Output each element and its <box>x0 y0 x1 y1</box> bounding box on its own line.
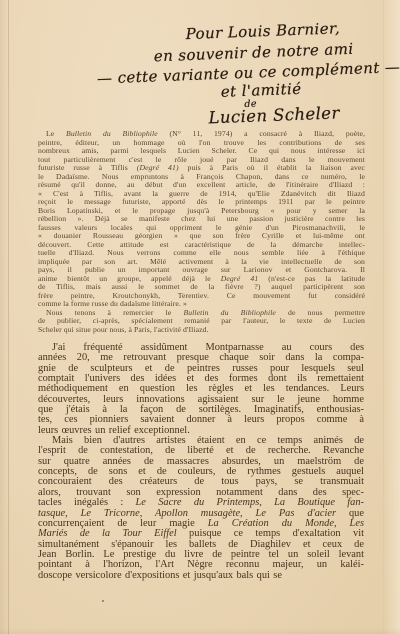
paper-speck <box>102 600 104 602</box>
handwritten-inscription: Pour Louis Barnier, en souvenir de notre… <box>93 16 392 131</box>
page-bottom-shade <box>0 628 400 634</box>
text-line: doscope versicolore d'expositions et jus… <box>38 571 364 581</box>
body-text: J'ai fréquenté assidûment Montparnasse a… <box>38 343 364 581</box>
paragraph: J'ai fréquenté assidûment Montparnasse a… <box>38 343 364 436</box>
page-left-shadow <box>0 0 8 634</box>
paragraph: Mais bien d'autres artistes étaient en c… <box>38 436 364 581</box>
scanned-page: Pour Louis Barnier, en souvenir de notre… <box>0 0 400 634</box>
page-left-crease <box>8 0 9 634</box>
paragraph: Nous tenons à remercier le Bulletin du B… <box>38 309 365 335</box>
paragraph: Le Bulletin du Bibliophile (N° 11, 1974)… <box>38 130 365 309</box>
text-line: Mariés de la Tour Eiffel puisque ce temp… <box>38 529 364 539</box>
editorial-note: Le Bulletin du Bibliophile (N° 11, 1974)… <box>38 130 365 334</box>
text-line: Scheler qui situe pour nous, à Paris, l'… <box>38 326 365 335</box>
text-line: pointant à l'horizon, l'Art Nègre reconn… <box>38 560 364 570</box>
